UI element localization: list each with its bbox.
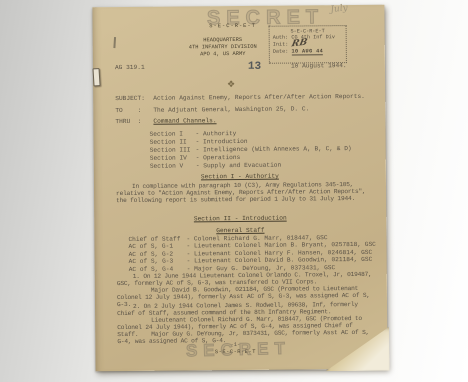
staple — [92, 68, 100, 86]
cross-ornament-icon: ❖ — [221, 76, 241, 91]
section-list: Section I- Authority Section II- Introdu… — [149, 129, 351, 171]
date-label: Date: — [273, 48, 292, 54]
to-label: TO : — [115, 106, 153, 114]
date-stamp: 10 AUG 44 — [291, 48, 323, 55]
handwritten-initials: RB — [291, 40, 308, 48]
toc-title: - Authority — [195, 130, 236, 137]
subject-value: Action Against Enemy, Reports After/Afte… — [153, 93, 365, 102]
toc-row: Section V- Supply and Evacuation — [150, 161, 352, 171]
classification-auth-box: S-E-C-R-E-T Auth: CG 4th Inf Div Init: R… — [269, 25, 347, 64]
to-value: The Adjutant General, Washington 25, D. … — [153, 105, 309, 113]
thru-label: THRU : — [115, 118, 153, 126]
subject-row: SUBJECT:Action Against Enemy, Reports Af… — [115, 93, 377, 103]
toc-title: - Supply and Evacuation — [196, 162, 281, 170]
auth-box-date-line: Date: 10 AUG 44 — [273, 48, 343, 55]
section1-body: In compliance with paragraph 10 (C3), Ar… — [116, 181, 372, 205]
toc-title: - Introduction — [196, 138, 248, 145]
handwritten-july-note: July — [330, 3, 348, 15]
secret-stamp-bottom: SECRET — [158, 338, 318, 362]
document-photo: SECRET S-E-C-R-E-T July HEADQUARTERS 4TH… — [0, 0, 468, 382]
staff-list: Chief of Staff- Colonel Richard G. Marr,… — [128, 234, 376, 273]
pencil-tick-mark — [113, 37, 115, 48]
document-date: 10 August 1944. — [291, 62, 347, 70]
address-block: SUBJECT:Action Against Enemy, Reports Af… — [115, 93, 377, 130]
received-number-stamp: 13 — [248, 61, 261, 73]
file-number: AG 319.1 — [115, 64, 145, 72]
subject-label: SUBJECT: — [115, 95, 153, 103]
to-row: TO :The Adjutant General, Washington 25,… — [115, 104, 377, 114]
section2-heading: Section II - Introduction — [94, 214, 386, 224]
thru-row: THRU :Command Channels. — [115, 116, 377, 126]
document-page: SECRET S-E-C-R-E-T July HEADQUARTERS 4TH… — [92, 5, 387, 372]
thru-value: Command Channels. — [153, 117, 216, 125]
toc-title: - Intelligence (With Annexes A, B, C, & … — [196, 145, 352, 153]
toc-title: - Operations — [196, 154, 241, 161]
toc-num: Section V — [150, 162, 196, 170]
